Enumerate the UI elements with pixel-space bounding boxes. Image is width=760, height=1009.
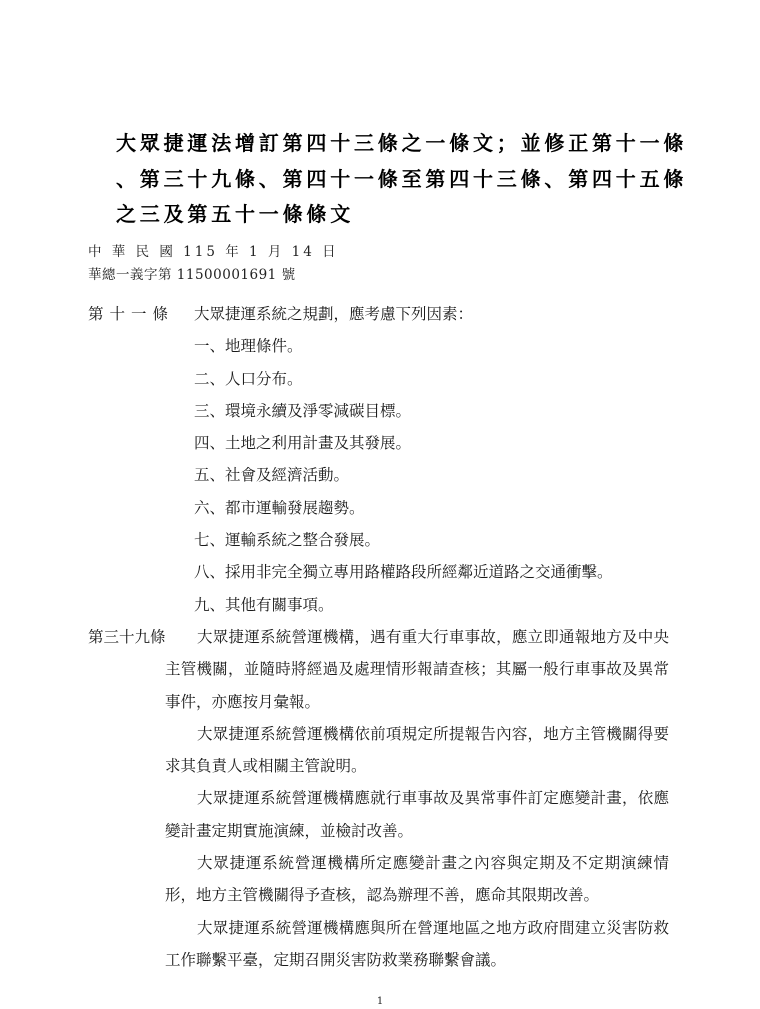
article-lead-text: 大眾捷運系統之規劃，應考慮下列因素： — [194, 298, 473, 330]
order-number: 華總一義字第 11500001691 號 — [88, 266, 296, 284]
list-item: 一、地理條件。 — [194, 330, 613, 362]
list-item: 八、採用非完全獨立專用路權路段所經鄰近道路之交通衝擊。 — [194, 556, 613, 588]
article-item-list: 一、地理條件。 二、人口分布。 三、環境永續及淨零減碳目標。 四、土地之利用計畫… — [194, 330, 613, 621]
document-page: 大眾捷運法增訂第四十三條之一條文；並修正第十一條 、第三十九條、第四十一條至第四… — [0, 0, 760, 1009]
title-line: 大眾捷運法增訂第四十三條之一條文；並修正第十一條 — [116, 126, 656, 162]
article-paragraph: 大眾捷運系統營運機構依前項規定所提報告內容，地方主管機關得要求其負責人或相關主管… — [165, 718, 669, 783]
article-paragraph: 大眾捷運系統營運機構所定應變計畫之內容與定期及不定期演練情形，地方主管機關得予查… — [165, 847, 669, 912]
list-item: 七、運輸系統之整合發展。 — [194, 524, 613, 556]
promulgation-date: 中 華 民 國 115 年 1 月 14 日 — [88, 243, 339, 261]
title-line: 、第三十九條、第四十一條至第四十三條、第四十五條 — [116, 162, 656, 198]
page-number: 1 — [0, 996, 760, 1007]
list-item: 二、人口分布。 — [194, 363, 613, 395]
article-label: 第十一條 — [88, 298, 174, 330]
list-item: 九、其他有關事項。 — [194, 589, 613, 621]
list-item: 四、土地之利用計畫及其發展。 — [194, 427, 613, 459]
article-paragraphs: 大眾捷運系統營運機構，遇有重大行車事故，應立即通報地方及中央主管機關，並隨時將經… — [165, 621, 669, 976]
document-title: 大眾捷運法增訂第四十三條之一條文；並修正第十一條 、第三十九條、第四十一條至第四… — [116, 126, 656, 233]
article-paragraph: 大眾捷運系統營運機構應與所在營運地區之地方政府間建立災害防救工作聯繫平臺，定期召… — [165, 912, 669, 977]
title-line: 之三及第五十一條條文 — [116, 197, 656, 233]
list-item: 六、都市運輸發展趨勢。 — [194, 492, 613, 524]
list-item: 五、社會及經濟活動。 — [194, 459, 613, 491]
article-label: 第三十九條 — [88, 621, 166, 653]
list-item: 三、環境永續及淨零減碳目標。 — [194, 395, 613, 427]
article-paragraph: 大眾捷運系統營運機構，遇有重大行車事故，應立即通報地方及中央主管機關，並隨時將經… — [165, 621, 669, 718]
article-paragraph: 大眾捷運系統營運機構應就行車事故及異常事件訂定應變計畫，依應變計畫定期實施演練，… — [165, 782, 669, 847]
